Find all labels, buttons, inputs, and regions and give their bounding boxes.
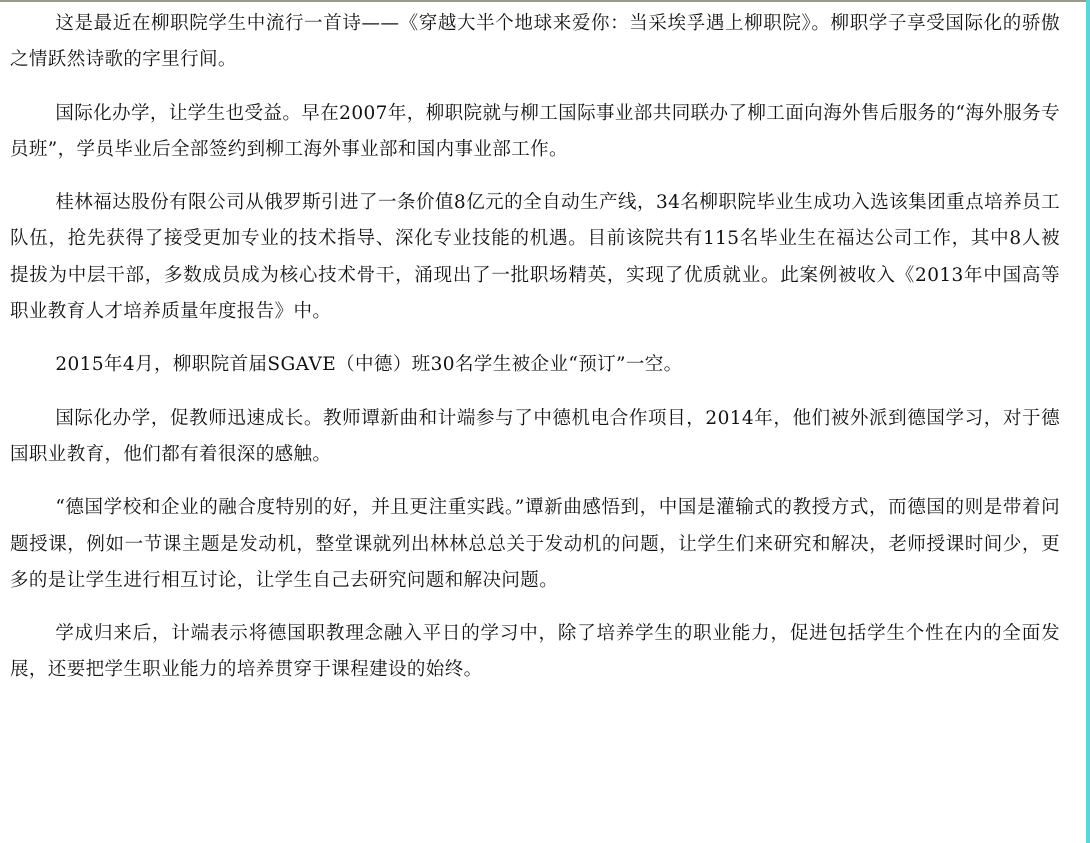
paragraph-teacher-growth: 国际化办学，促教师迅速成长。教师谭新曲和计端参与了中德机电合作项目，2014年，…	[10, 401, 1060, 474]
window-edge-strip	[1086, 0, 1090, 843]
paragraph-international-benefit-students: 国际化办学，让学生也受益。早在2007年，柳职院就与柳工国际事业部共同联办了柳工…	[10, 96, 1060, 169]
paragraph-return-plans: 学成归来后，计端表示将德国职教理念融入平日的学习中，除了培养学生的职业能力，促进…	[10, 616, 1060, 689]
paragraph-fuda-company: 桂林福达股份有限公司从俄罗斯引进了一条价值8亿元的全自动生产线，34名柳职院毕业…	[10, 185, 1060, 330]
paragraph-german-school-quote: “德国学校和企业的融合度特别的好，并且更注重实践。”谭新曲感悟到，中国是灌输式的…	[10, 490, 1060, 599]
paragraph-sgave-class: 2015年4月，柳职院首届SGAVE（中德）班30名学生被企业“预订”一空。	[10, 347, 1060, 383]
article-body: 这是最近在柳职院学生中流行一首诗——《穿越大半个地球来爱你：当采埃孚遇上柳职院》…	[10, 6, 1060, 706]
paragraph-poem-intro: 这是最近在柳职院学生中流行一首诗——《穿越大半个地球来爱你：当采埃孚遇上柳职院》…	[10, 6, 1060, 79]
top-border	[0, 0, 1090, 2]
